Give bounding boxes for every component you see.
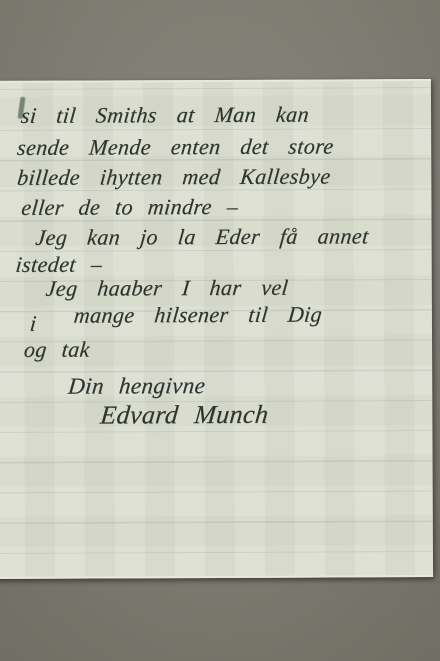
letter-line: mange hilsener til Dig bbox=[73, 302, 324, 329]
letter-line: eller de to mindre – bbox=[20, 194, 239, 221]
letter-paper: si til Smiths at Man kan sende Mende ent… bbox=[0, 79, 433, 579]
letter-line: sende Mende enten det store bbox=[16, 133, 335, 160]
letter-line: si til Smiths at Man kan bbox=[20, 102, 311, 129]
letter-line: Jeg haaber I har vel bbox=[45, 275, 290, 302]
letter-signature: Edvard Munch bbox=[99, 402, 270, 429]
letter-line: billede ihytten med Kallesbye bbox=[16, 163, 332, 190]
photo-backdrop: si til Smiths at Man kan sende Mende ent… bbox=[0, 0, 440, 661]
margin-note: i bbox=[29, 311, 38, 337]
letter-line: istedet – bbox=[14, 251, 103, 277]
letter-line: og tak bbox=[23, 337, 91, 363]
letter-closing: Din hengivne bbox=[67, 373, 207, 400]
letter-line: Jeg kan jo la Eder få annet bbox=[34, 223, 370, 250]
